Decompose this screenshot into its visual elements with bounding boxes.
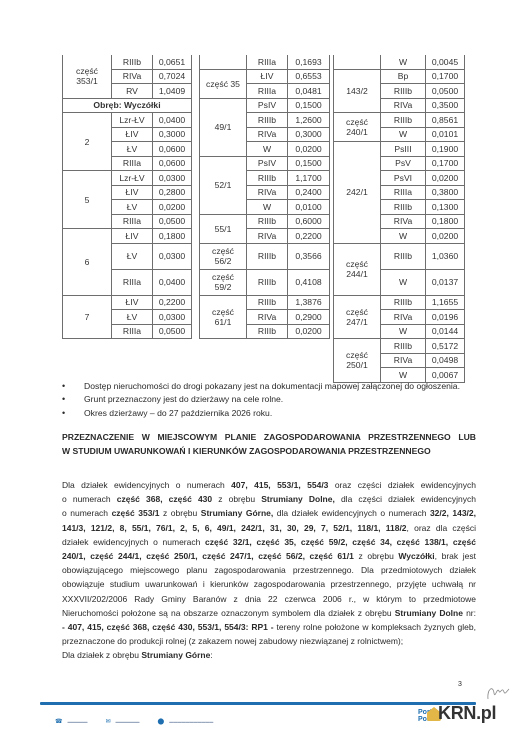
parcel-number: 5: [63, 171, 112, 229]
paragraph-line: obowiązuje studium uwarunkowań i kierunk…: [62, 577, 476, 591]
area-ha: 0,7024: [153, 69, 192, 84]
area-ha: 0,0100: [288, 200, 330, 215]
area-ha: 0,0400: [153, 269, 192, 295]
area-ha: 0,0481: [288, 84, 330, 99]
mail-icon: ✉: [105, 719, 110, 725]
parcel-number: 2: [63, 113, 112, 171]
parcel-number: część56/2: [200, 243, 247, 269]
land-class: RIIIb: [381, 84, 426, 99]
area-ha: 0,2200: [288, 229, 330, 244]
land-class: RIIIa: [247, 84, 288, 99]
parcel-number: [200, 55, 247, 69]
area-ha: 0,6553: [288, 69, 330, 84]
area-ha: 0,2200: [153, 295, 192, 310]
area-ha: 1,1655: [426, 295, 465, 310]
parcel-number: część61/1: [200, 295, 247, 339]
table-row: 55/1RIIIb0,6000: [200, 214, 330, 229]
paragraph-line: o numerach część 353/1 z obrębu Strumian…: [62, 506, 476, 520]
parcel-number: część244/1: [334, 243, 381, 295]
land-class: ŁV: [112, 310, 153, 325]
area-ha: 0,4108: [288, 269, 330, 295]
footer-email: ✉▬▬▬▬▬▬: [105, 718, 139, 725]
area-ha: 0,0498: [426, 353, 465, 368]
area-ha: 0,0651: [153, 55, 192, 69]
paragraph-line: XXXVII/202/2006 Rady Gminy Baranów z dni…: [62, 592, 476, 606]
area-ha: 0,2400: [288, 185, 330, 200]
land-class: W: [381, 55, 426, 69]
table-row: 52/1PsIV0,1500: [200, 156, 330, 171]
table-row: RIIIa0,1693: [200, 55, 330, 69]
parcel-number: część353/1: [63, 55, 112, 98]
land-class: RIVa: [112, 69, 153, 84]
table-row: część240/1RIIIb0,8561: [334, 113, 465, 128]
land-table-left: część353/1RIIIb0,0651RIVa0,7024RV1,0409O…: [62, 55, 192, 339]
area-ha: 0,5172: [426, 339, 465, 354]
table-row: część61/1RIIIb1,3876: [200, 295, 330, 310]
parcel-number: 49/1: [200, 98, 247, 156]
land-class: PsVI: [381, 171, 426, 186]
parcel-number: 7: [63, 295, 112, 339]
land-class: RIVa: [381, 353, 426, 368]
bullet-access: Dostęp nieruchomości do drogi pokazany j…: [60, 380, 480, 393]
area-ha: 1,0409: [153, 84, 192, 99]
land-class: RIIIb: [247, 171, 288, 186]
land-class: RIIIa: [112, 214, 153, 229]
area-ha: 0,0200: [288, 324, 330, 339]
land-class: W: [247, 142, 288, 157]
land-class: RIIIb: [381, 200, 426, 215]
paragraph-line: Nieruchomości położone są na obszarze oz…: [62, 606, 476, 620]
land-class: RIIIb: [247, 269, 288, 295]
paragraph-line: obowiązującego miejscowego planu zagospo…: [62, 563, 476, 577]
land-class: RIIIa: [381, 185, 426, 200]
area-ha: 0,3566: [288, 243, 330, 269]
land-class: RIVa: [247, 185, 288, 200]
area-ha: 1,1700: [288, 171, 330, 186]
land-class: ŁV: [112, 243, 153, 269]
paragraph-line: 240/1, część 244/1, część 250/1, część 2…: [62, 549, 476, 563]
signature-mark: [485, 683, 511, 703]
land-class: RIIIa: [112, 324, 153, 339]
area-ha: 0,0300: [153, 171, 192, 186]
area-ha: 1,2600: [288, 113, 330, 128]
land-class: RIIIa: [247, 55, 288, 69]
area-ha: 0,8561: [426, 113, 465, 128]
land-class: W: [381, 229, 426, 244]
land-class: RIIIb: [247, 214, 288, 229]
paragraph-line: działek ewidencyjnych o numerach część 3…: [62, 535, 476, 549]
land-class: RV: [112, 84, 153, 99]
parcel-number: część250/1: [334, 339, 381, 383]
land-class: RIIIb: [247, 324, 288, 339]
area-ha: 0,0200: [153, 200, 192, 215]
area-ha: 0,3800: [426, 185, 465, 200]
table-row: część56/2RIIIb0,3566: [200, 243, 330, 269]
area-ha: 0,0200: [288, 142, 330, 157]
table-row: 2Lzr-ŁV0,0400: [63, 113, 192, 128]
land-class: ŁIV: [112, 185, 153, 200]
land-class: W: [381, 127, 426, 142]
area-ha: 0,0196: [426, 310, 465, 325]
land-class: RIIIa: [112, 156, 153, 171]
area-ha: 0,0300: [153, 310, 192, 325]
area-ha: 1,3876: [288, 295, 330, 310]
land-class: PsIII: [381, 142, 426, 157]
conditions-list: Dostęp nieruchomości do drogi pokazany j…: [60, 380, 480, 420]
area-ha: 0,1700: [426, 156, 465, 171]
land-table-right: W0,0045143/2Bp0,1700RIIIb0,0500RIVa0,350…: [333, 55, 465, 383]
area-ha: 0,0500: [153, 324, 192, 339]
area-ha: 0,0137: [426, 269, 465, 295]
land-class: RIIIb: [381, 243, 426, 269]
page-number: 3: [458, 681, 462, 688]
table-row: część244/1RIIIb1,0360: [334, 243, 465, 269]
area-ha: 0,1900: [426, 142, 465, 157]
land-class: RIVa: [381, 214, 426, 229]
land-class: RIVa: [247, 127, 288, 142]
parcel-number: 55/1: [200, 214, 247, 243]
area-ha: 0,2900: [288, 310, 330, 325]
parcel-number: część 35: [200, 69, 247, 98]
table-row: część59/2RIIIb0,4108: [200, 269, 330, 295]
table-row: 6ŁIV0,1800: [63, 229, 192, 244]
area-ha: 0,2800: [153, 185, 192, 200]
parcel-number: [334, 55, 381, 69]
area-ha: 0,1693: [288, 55, 330, 69]
footer-contacts: ☎▬▬▬▬▬ ✉▬▬▬▬▬▬ ⬤▬▬▬▬▬▬▬▬▬▬▬: [55, 718, 213, 725]
land-class: RIIIb: [381, 339, 426, 354]
land-class: PsIV: [247, 156, 288, 171]
bullet-period: Okres dzierżawy – do 27 października 202…: [60, 407, 480, 420]
krn-watermark: KRN.pl: [438, 703, 496, 724]
table-row: część 35ŁIV0,6553: [200, 69, 330, 84]
area-ha: 0,0500: [153, 214, 192, 229]
area-ha: 0,1500: [288, 98, 330, 113]
land-class: PsV: [381, 156, 426, 171]
land-class: W: [381, 269, 426, 295]
table-row: 242/1PsIII0,1900: [334, 142, 465, 157]
area-ha: 0,0300: [153, 243, 192, 269]
parcel-number: część247/1: [334, 295, 381, 339]
land-class: RIIIb: [247, 295, 288, 310]
phone-icon: ☎: [55, 719, 62, 725]
parcel-number: część59/2: [200, 269, 247, 295]
land-class: RIIIa: [112, 269, 153, 295]
area-ha: 0,1800: [426, 214, 465, 229]
land-class: ŁIV: [112, 295, 153, 310]
parcel-number: 52/1: [200, 156, 247, 214]
area-ha: 1,0360: [426, 243, 465, 269]
footer-phone: ☎▬▬▬▬▬: [55, 718, 87, 725]
land-class: Lzr-ŁV: [112, 171, 153, 186]
zoning-paragraph: Dla działek ewidencyjnych o numerach 407…: [62, 478, 476, 663]
area-ha: 0,1500: [288, 156, 330, 171]
parcel-number: 143/2: [334, 69, 381, 113]
land-class: W: [247, 200, 288, 215]
land-class: W: [381, 324, 426, 339]
land-class: RIIIb: [247, 113, 288, 128]
land-class: RIVa: [381, 310, 426, 325]
land-class: RIIIb: [381, 113, 426, 128]
parcel-number: 6: [63, 229, 112, 296]
table-row: część353/1RIIIb0,0651: [63, 55, 192, 69]
table-row: część247/1RIIIb1,1655: [334, 295, 465, 310]
table-row: 49/1PsIV0,1500: [200, 98, 330, 113]
paragraph-line: o numerach część 368, część 430 z obrębu…: [62, 492, 476, 506]
paragraph-line: 141/3, 121/2, 8, 55/1, 76/1, 2, 5, 6, 49…: [62, 521, 476, 535]
land-class: ŁIV: [112, 229, 153, 244]
area-ha: 0,3500: [426, 98, 465, 113]
parcel-number: część240/1: [334, 113, 381, 142]
area-ha: 0,3000: [153, 127, 192, 142]
paragraph-line: Dla działek ewidencyjnych o numerach 407…: [62, 478, 476, 492]
land-class: RIIIb: [381, 295, 426, 310]
table-row: 143/2Bp0,1700: [334, 69, 465, 84]
land-class: RIVa: [247, 310, 288, 325]
area-ha: 0,0144: [426, 324, 465, 339]
area-ha: 0,0101: [426, 127, 465, 142]
area-ha: 0,1700: [426, 69, 465, 84]
paragraph-line: przeznaczone do produkcji rolnej (z zaka…: [62, 634, 476, 648]
land-class: RIIIb: [247, 243, 288, 269]
land-table-middle: RIIIa0,1693część 35ŁIV0,6553RIIIa0,04814…: [199, 55, 330, 339]
area-ha: 0,0200: [426, 229, 465, 244]
area-ha: 0,1300: [426, 200, 465, 215]
area-ha: 0,0500: [426, 84, 465, 99]
land-class: ŁV: [112, 142, 153, 157]
section-heading: PRZEZNACZENIE W MIEJSCOWYM PLANIE ZAGOSP…: [62, 430, 476, 458]
footer-divider: [40, 702, 476, 705]
precinct-header: Obręb: Wyczółki: [63, 98, 192, 113]
area-ha: 0,0200: [426, 171, 465, 186]
area-ha: 0,6000: [288, 214, 330, 229]
bullet-purpose: Grunt przeznaczony jest do dzierżawy na …: [60, 393, 480, 406]
land-class: ŁV: [112, 200, 153, 215]
land-class: RIVa: [381, 98, 426, 113]
area-ha: 0,0045: [426, 55, 465, 69]
land-class: Bp: [381, 69, 426, 84]
area-ha: 0,1800: [153, 229, 192, 244]
table-row: W0,0045: [334, 55, 465, 69]
section-heading-line1: PRZEZNACZENIE W MIEJSCOWYM PLANIE ZAGOSP…: [62, 430, 476, 444]
footer-address: ⬤▬▬▬▬▬▬▬▬▬▬▬: [158, 718, 214, 725]
land-class: PsIV: [247, 98, 288, 113]
section-heading-line2: W STUDIUM UWARUNKOWAŃ I KIERUNKÓW ZAGOSP…: [62, 446, 431, 456]
area-ha: 0,0400: [153, 113, 192, 128]
area-ha: 0,3000: [288, 127, 330, 142]
area-ha: 0,0600: [153, 156, 192, 171]
land-class: ŁIV: [112, 127, 153, 142]
map-pin-icon: ⬤: [158, 719, 165, 725]
parcel-number: 242/1: [334, 142, 381, 244]
table-row: część250/1RIIIb0,5172: [334, 339, 465, 354]
land-class: Lzr-ŁV: [112, 113, 153, 128]
table-row: 5Lzr-ŁV0,0300: [63, 171, 192, 186]
paragraph-line: - 407, 415, część 368, część 430, 553/1,…: [62, 620, 476, 634]
land-class: RIVa: [247, 229, 288, 244]
table-row: 7ŁIV0,2200: [63, 295, 192, 310]
land-class: RIIIb: [112, 55, 153, 69]
land-class: ŁIV: [247, 69, 288, 84]
paragraph-line: Dla działek z obrębu Strumiany Górne:: [62, 648, 476, 662]
area-ha: 0,0600: [153, 142, 192, 157]
